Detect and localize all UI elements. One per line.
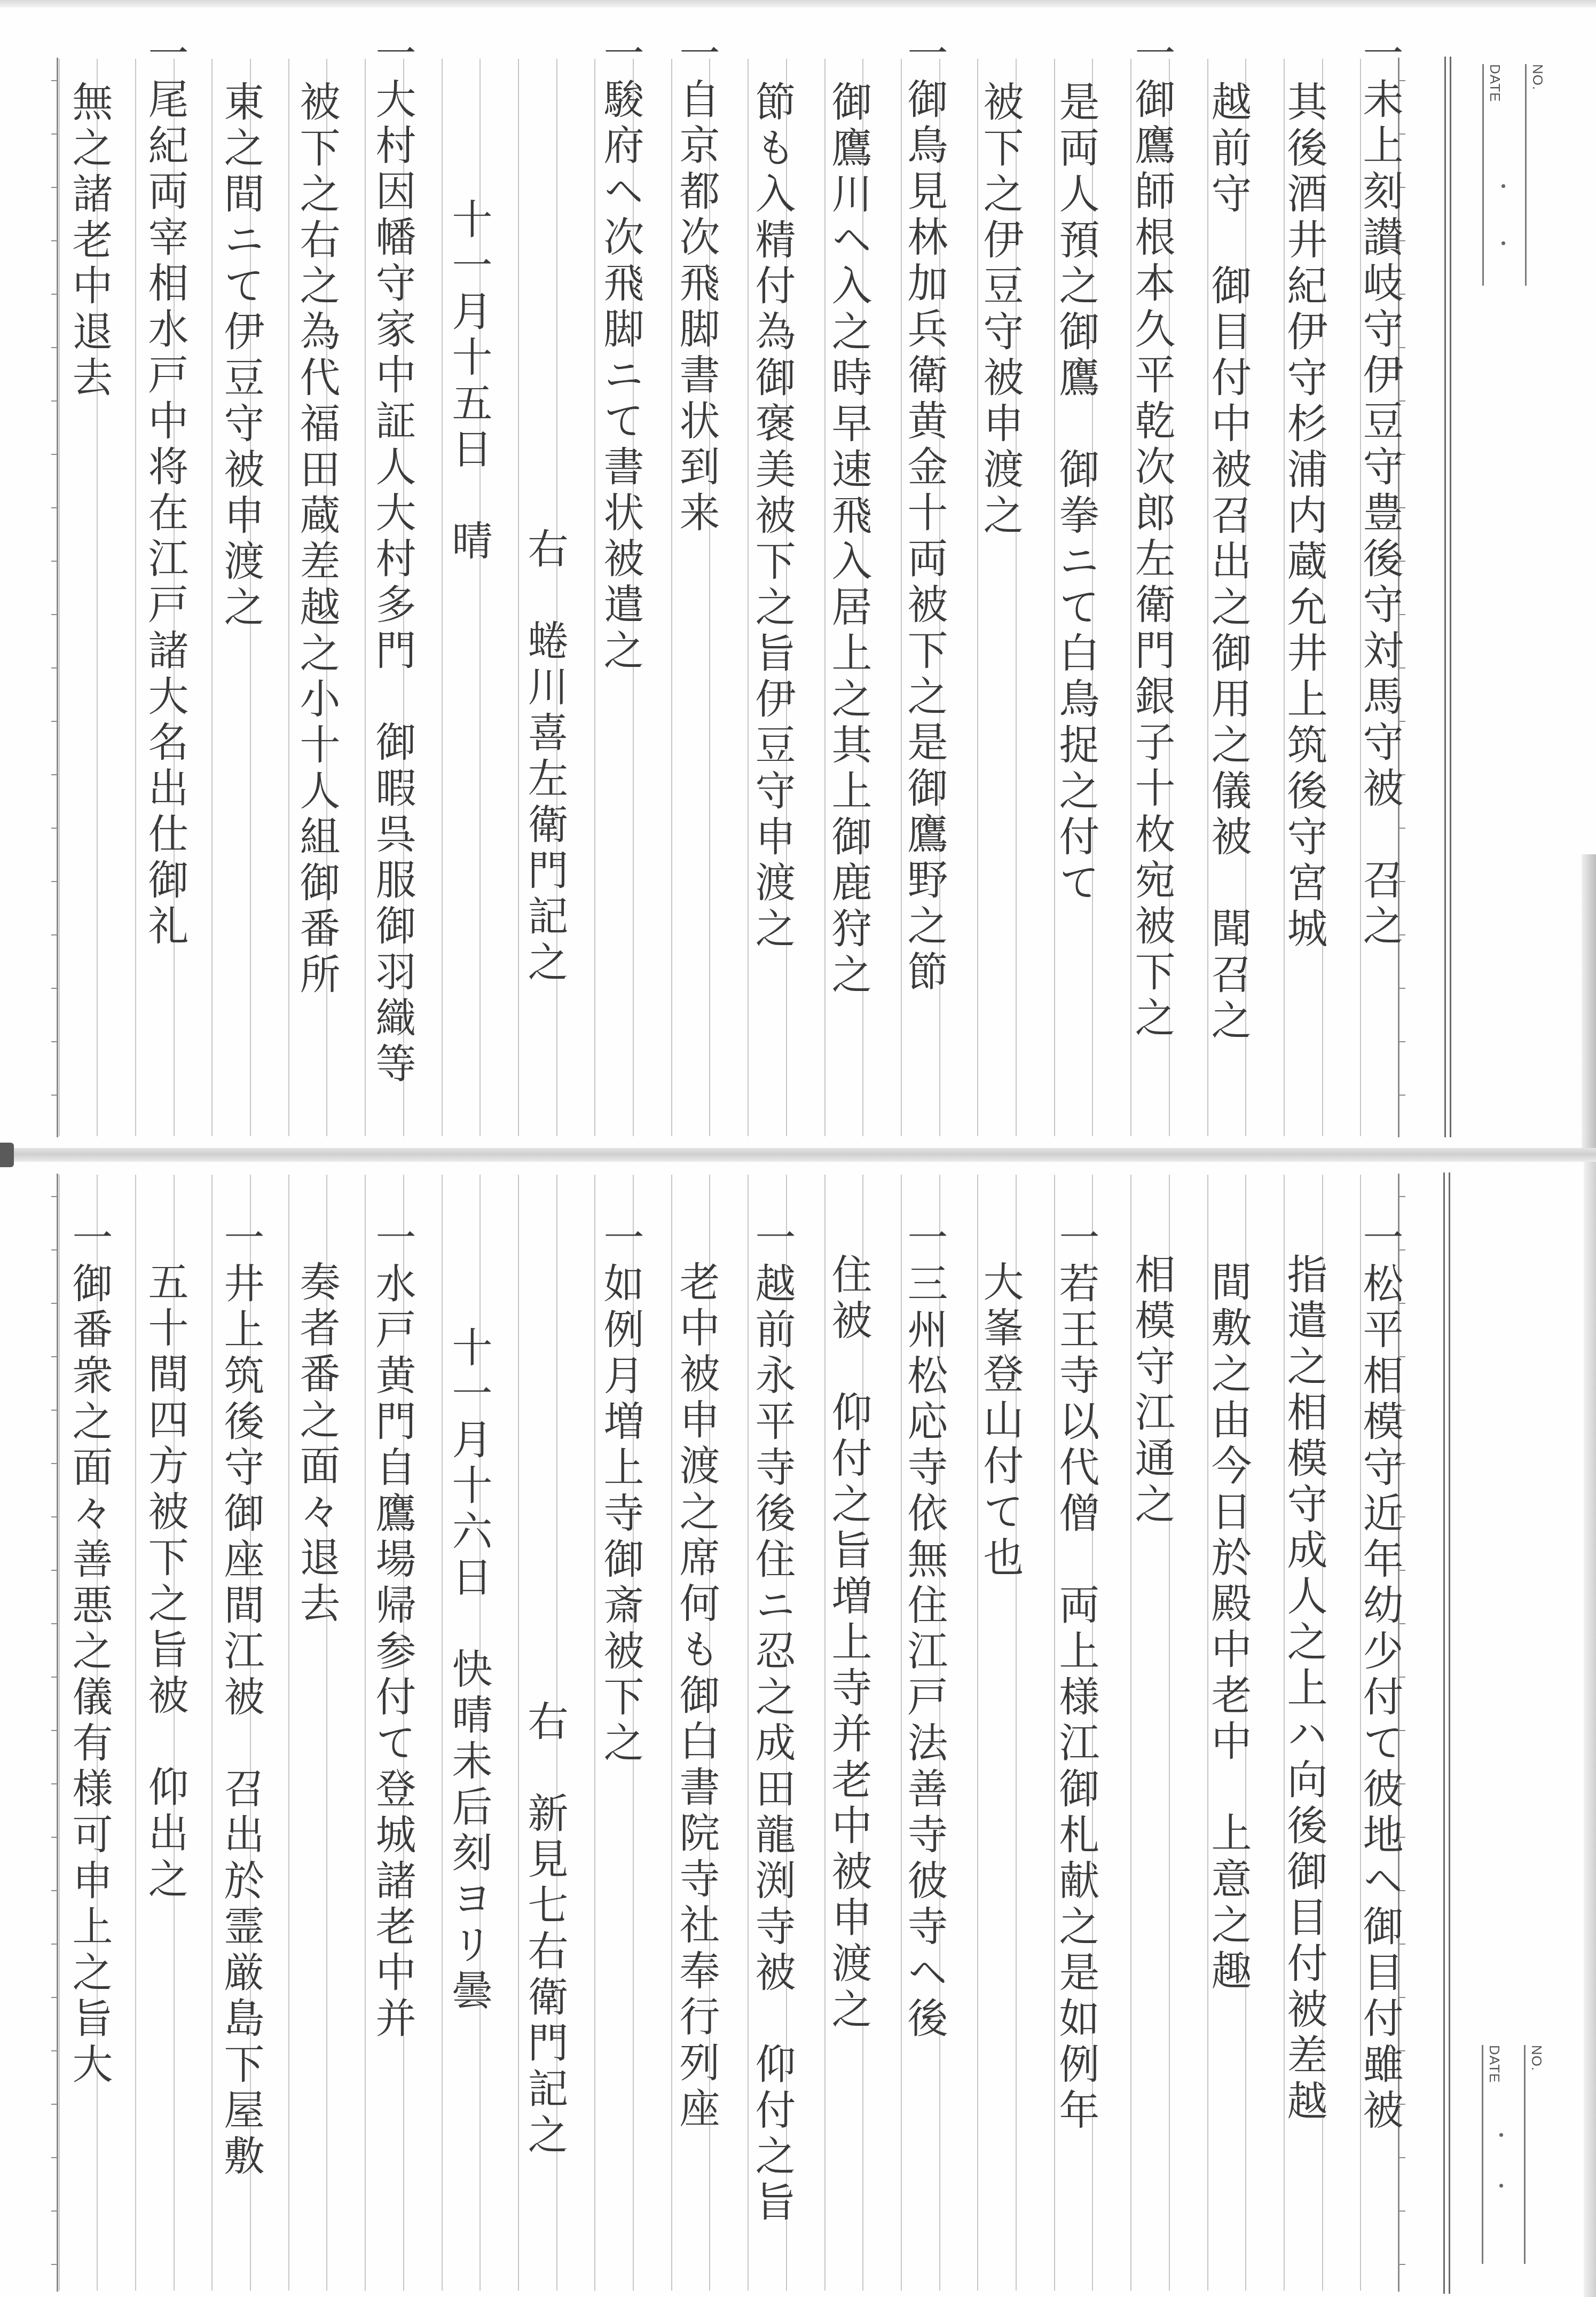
text-column: 無之諸老中退去	[67, 81, 112, 402]
date-heading: 十一月十六日 快晴未后刻ヨリ曇	[446, 1326, 491, 2015]
text-column: 一松平相模守近年幼少付て彼地ヘ御目付雖被	[1357, 1216, 1402, 2135]
double-margin-line	[1444, 57, 1446, 1137]
page-edge-shadow	[1584, 1162, 1596, 2297]
text-column: 其後酒井紀伊守杉浦内蔵允井上筑後守宮城	[1281, 81, 1326, 953]
signature-column: 右 蜷川喜左衛門記之	[522, 528, 567, 987]
text-column: 奏者番之面々退去	[294, 1261, 339, 1628]
text-column: 東之間ニて伊豆守被申渡之	[218, 81, 263, 632]
text-column: 御鷹川ヘ入之時早速飛入居上之其上御鹿狩之	[826, 81, 871, 999]
text-column: 一水戸黄門自鷹場帰参付て登城諸老中并	[370, 1216, 415, 2043]
text-column: 節も入精付為御褒美被下之旨伊豆守申渡之	[750, 81, 795, 953]
double-margin-line	[1443, 1173, 1445, 2294]
no-label: NO.	[1528, 2045, 1545, 2071]
date-label: DATE	[1486, 2045, 1503, 2083]
text-column: 一越前永平寺後住ニ忍之成田龍渕寺被 仰付之旨	[750, 1216, 795, 2227]
text-column: 住被 仰付之旨増上寺并老中被申渡之	[826, 1253, 871, 2034]
page-divider	[0, 1148, 1596, 1162]
no-field-line	[1524, 2045, 1526, 2264]
rule-ticks	[51, 80, 57, 1137]
page-edge-shadow	[1582, 854, 1596, 1148]
text-column: 一如例月増上寺御斎被下之	[598, 1216, 643, 1767]
date-field-line	[1482, 2045, 1483, 2264]
text-column: 指遣之相模守成人之上ハ向後御目付被差越	[1281, 1253, 1326, 2126]
double-margin-line	[1450, 57, 1451, 1137]
text-column: 一御番衆之面々善悪之儀有様可申上之旨大	[67, 1216, 112, 2089]
rule-ticks	[51, 1196, 57, 2291]
double-margin-line	[1449, 1173, 1450, 2294]
text-column: 大峯登山付て也	[978, 1261, 1023, 1582]
text-column: 一尾紀両宰相水戸中将在江戸諸大名出仕御礼	[143, 32, 187, 950]
text-column: 老中被申渡之席何も御白書院寺社奉行列座	[674, 1261, 719, 2133]
text-column: 是両人預之御鷹 御拳ニて白鳥捉之付て	[1053, 81, 1098, 907]
text-column: 相模守江通之	[1129, 1253, 1174, 1529]
date-heading: 十一月十五日 晴	[446, 198, 491, 565]
text-column: 五十間四方被下之旨被 仰出之	[143, 1261, 187, 1903]
date-label: DATE	[1487, 64, 1503, 102]
text-column: 被下之伊豆守被申渡之	[978, 81, 1023, 540]
text-column: 一自京都次飛脚書状到来	[674, 32, 719, 537]
date-separator-dot: .	[1501, 184, 1505, 188]
text-column: 間敷之由今日於殿中老中 上意之趣	[1206, 1261, 1251, 1995]
date-field-line	[1482, 64, 1484, 286]
text-column: 一未上刻讃岐守伊豆守豊後守対馬守被 召之	[1357, 32, 1402, 950]
text-column: 一三州松応寺依無住江戸法善寺彼寺ヘ後	[902, 1216, 947, 2043]
no-label: NO.	[1529, 64, 1546, 90]
page-top-edge	[0, 0, 1596, 7]
binding-mark	[0, 1143, 14, 1167]
text-column: 一御鷹師根本久平乾次郎左衛門銀子十枚宛被下之	[1129, 32, 1174, 1042]
signature-column: 右 新見七右衛門記之	[522, 1700, 567, 2159]
date-separator-dot: .	[1499, 2133, 1503, 2137]
text-column: 越前守 御目付中被召出之御用之儀被 聞召之	[1206, 81, 1251, 1045]
no-field-line	[1525, 64, 1527, 286]
date-separator-dot: .	[1501, 241, 1505, 245]
text-column: 一御鳥見林加兵衛黄金十両被下之是御鷹野之節	[902, 32, 947, 996]
text-column: 一井上筑後守御座間江被 召出於霊厳島下屋敷	[218, 1216, 263, 2181]
date-separator-dot: .	[1499, 2184, 1503, 2188]
text-column: 一若王寺以代僧 両上様江御札献之是如例年	[1053, 1216, 1098, 2135]
text-column: 被下之右之為代福田蔵差越之小十人組御番所	[294, 81, 339, 999]
text-column: 一駿府ヘ次飛脚ニて書状被遣之	[598, 32, 643, 675]
text-column: 一大村因幡守家中証人大村多門 御暇呉服御羽織等	[370, 32, 415, 1088]
